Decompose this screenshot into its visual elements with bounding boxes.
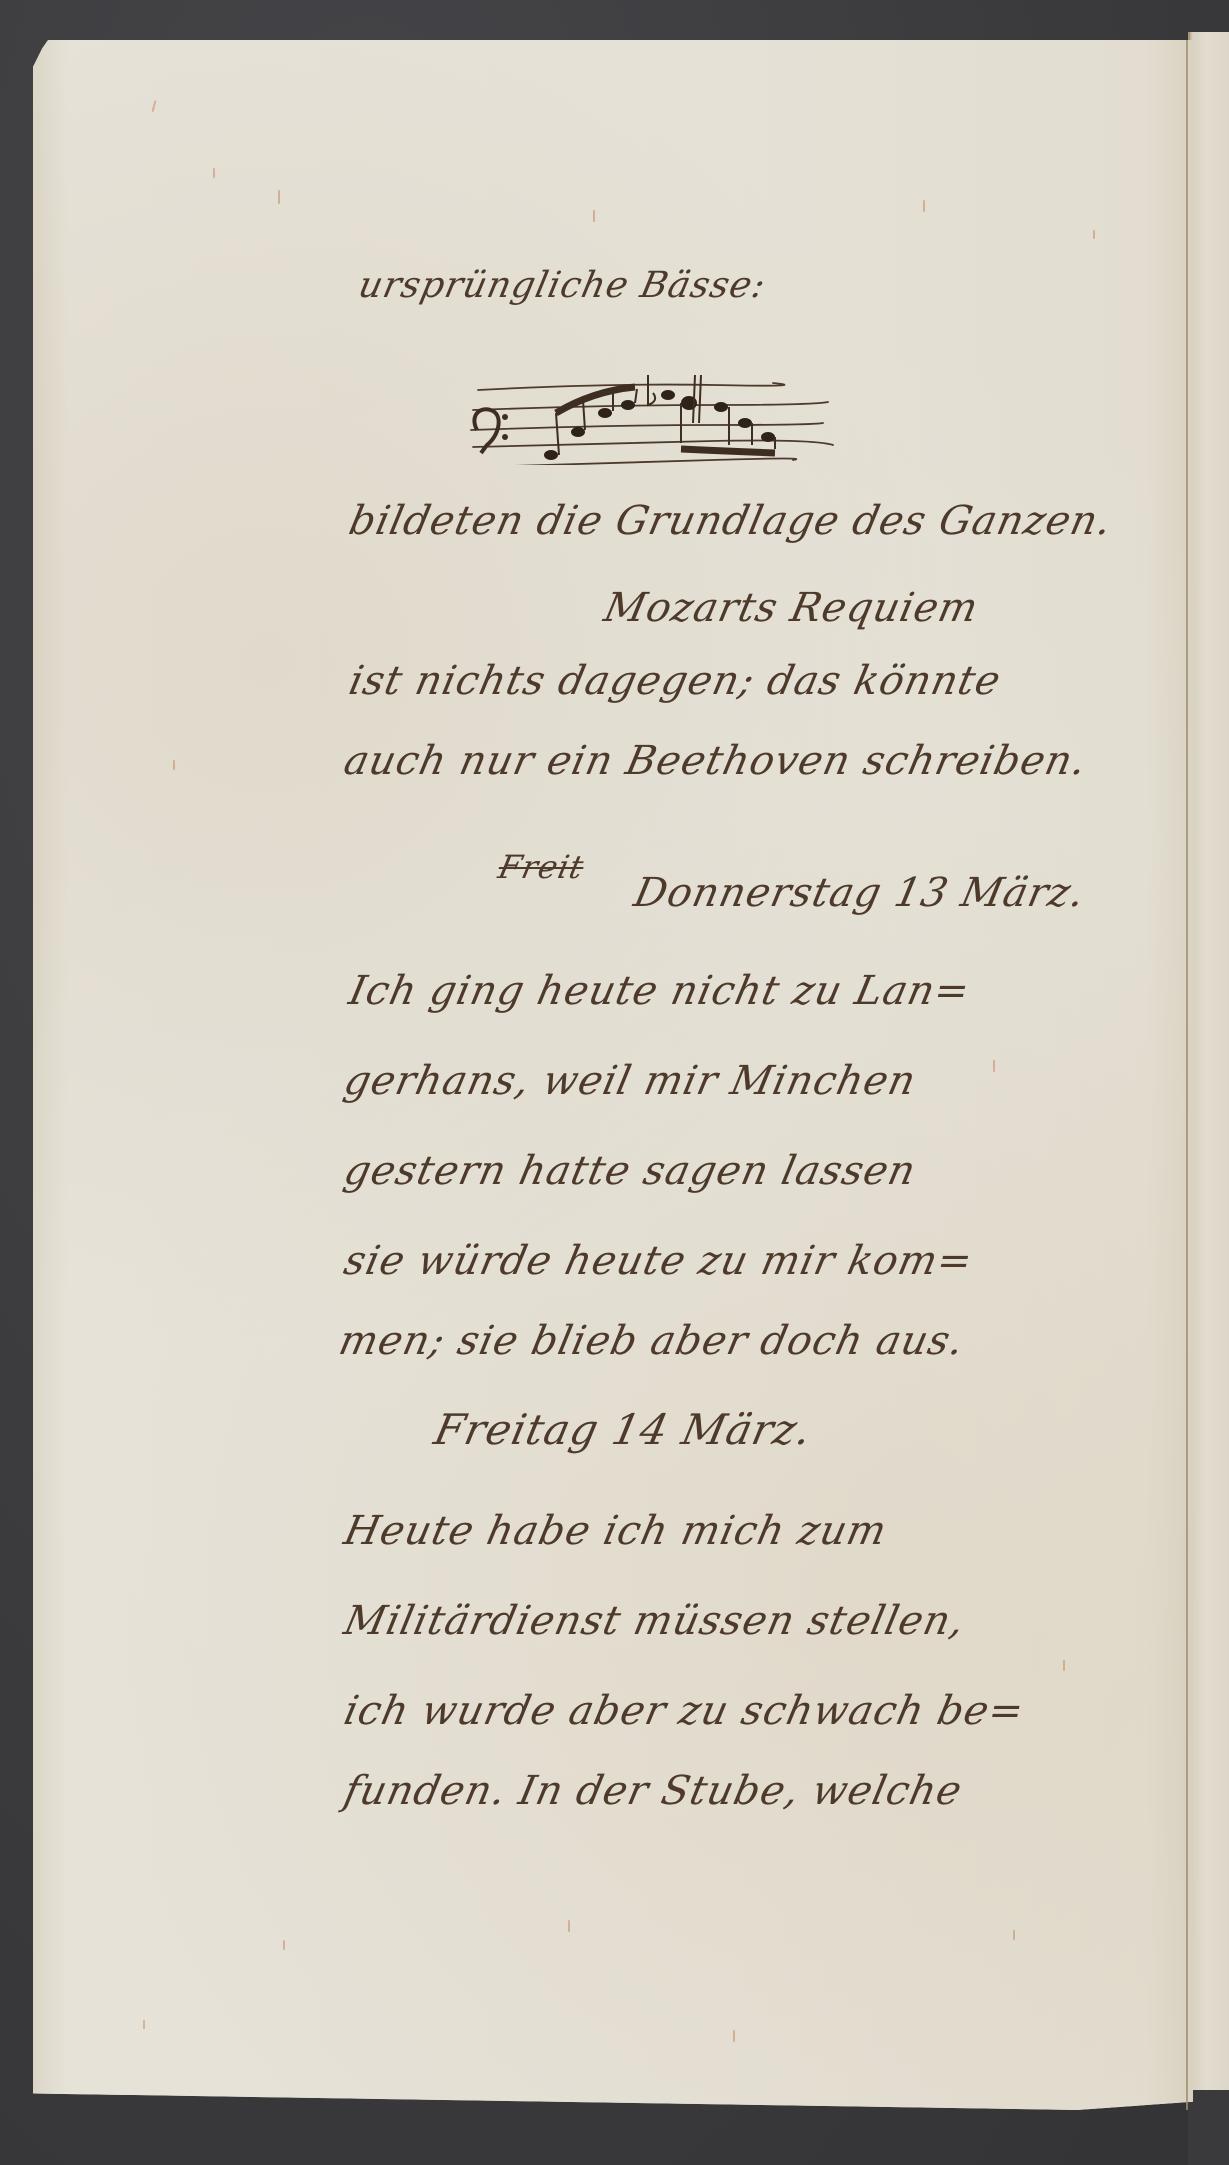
- date-heading-thursday: Donnerstag 13 März.: [630, 870, 1089, 916]
- manuscript-line-5: auch nur ein Beethoven schreiben.: [340, 738, 1091, 784]
- manuscript-line-7: Ich ging heute nicht zu Lan=: [345, 968, 974, 1014]
- manuscript-line-1: ursprüngliche Bässe:: [355, 265, 770, 306]
- manuscript-line-14: Militärdienst müssen stellen,: [340, 1598, 969, 1644]
- struck-through-word: Freit: [495, 848, 588, 886]
- manuscript-line-13: Heute habe ich mich zum: [340, 1508, 891, 1554]
- manuscript-line-16: funden. In der Stube, welche: [340, 1768, 966, 1814]
- date-heading-friday: Freitag 14 März.: [430, 1405, 816, 1454]
- adjacent-page-edge: [1188, 32, 1229, 2117]
- manuscript-line-9: gestern hatte sagen lassen: [340, 1148, 920, 1194]
- manuscript-line-2: bildeten die Grundlage des Ganzen.: [345, 498, 1116, 544]
- manuscript-line-10: sie würde heute zu mir kom=: [340, 1238, 977, 1284]
- music-notation-snippet: [463, 345, 843, 465]
- manuscript-line-8: gerhans, weil mir Minchen: [340, 1058, 920, 1104]
- manuscript-line-3: Mozarts Requiem: [600, 585, 983, 631]
- page-fold-line: [1186, 40, 1188, 2110]
- manuscript-line-11: men; sie blieb aber doch aus.: [335, 1318, 969, 1364]
- manuscript-line-15: ich wurde aber zu schwach be=: [340, 1688, 1029, 1734]
- scan-background-corner: [1188, 2090, 1229, 2165]
- manuscript-line-4: ist nichts dagegen; das könnte: [345, 658, 1005, 704]
